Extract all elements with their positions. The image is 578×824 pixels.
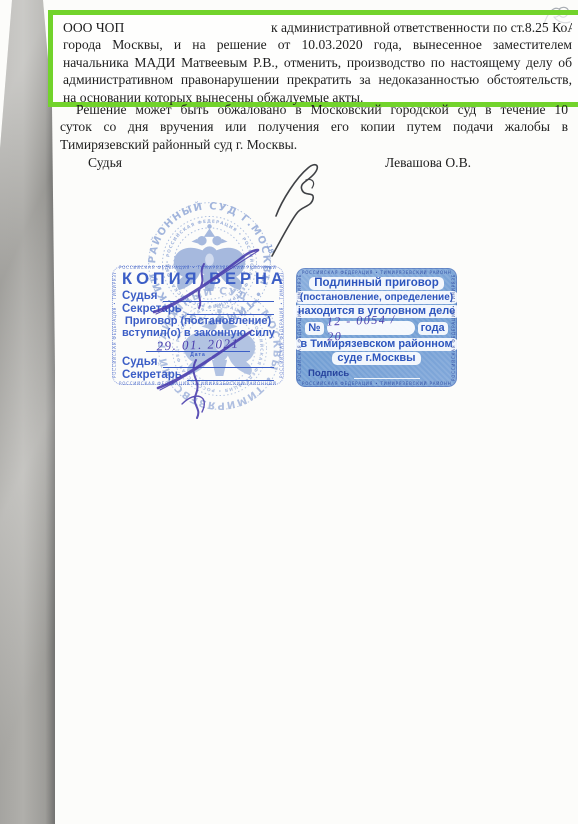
signature-row: Судья Левашова О.В. xyxy=(60,155,568,173)
copy-stamp-microtext-top: РОССИЙСКАЯ ФЕДЕРАЦИЯ • ТИМИРЯЗЕВСКИЙ РАЙ… xyxy=(119,265,277,270)
case-number-row: № 12 - 0054 / 20 года xyxy=(305,320,447,336)
case-number-suffix: года xyxy=(418,322,448,335)
signature-field-label: Подпись xyxy=(308,368,349,379)
orig-stamp-microtext-left: РОССИЙСКАЯ ФЕДЕРАЦИЯ • ТИМИРЯЗЕВСКИЙ РАЙ… xyxy=(297,274,302,381)
secretary-field-label: Секретарь xyxy=(122,303,182,315)
copy-stamp-microtext-bottom: РОССИЙСКАЯ ФЕДЕРАЦИЯ • ТИМИРЯЗЕВСКИЙ РАЙ… xyxy=(119,381,277,386)
judge-role-label: Судья xyxy=(88,155,122,171)
original-verdict-stamp: РОССИЙСКАЯ ФЕДЕРАЦИЯ • ТИМИРЯЗЕВСКИЙ РАЙ… xyxy=(296,268,457,387)
copy-stamp-midline-1: Приговор (постановление) xyxy=(122,315,274,327)
copy-stamp-secretary-row-2: Секретарь xyxy=(122,368,274,381)
ruling-line-1-text: к административной ответственности по ст… xyxy=(271,19,572,36)
orig-stamp-microtext-bottom: РОССИЙСКАЯ ФЕДЕРАЦИЯ • ТИМИРЯЗЕВСКИЙ РАЙ… xyxy=(302,381,451,386)
copy-stamp-judge-row-1: Судья xyxy=(122,289,274,302)
ruling-line-2: города Москвы, и на решение от 10.03.202… xyxy=(63,36,572,53)
judge-name: Левашова О.В. xyxy=(385,155,471,171)
secretary-signature-line xyxy=(187,303,274,315)
orig-stamp-line-2: (постановление, определение) xyxy=(295,291,458,304)
ruling-line-1: ООО ЧОП к административной ответственнос… xyxy=(63,19,572,36)
case-number-box: 12 - 0054 / 20 xyxy=(327,321,415,335)
judge-field-label: Судья xyxy=(122,290,158,302)
date-field-label: Дата xyxy=(122,352,274,358)
copy-stamp-title: КОПИЯ ВЕРНА xyxy=(122,270,274,289)
copy-stamp-date-row: 29. 01. 2021 Дата xyxy=(122,339,274,356)
secretary-signature-line xyxy=(187,369,274,381)
judge-signature-line xyxy=(163,290,275,302)
orig-stamp-microtext-right: РОССИЙСКАЯ ФЕДЕРАЦИЯ • ТИМИРЯЗЕВСКИЙ РАЙ… xyxy=(451,274,456,381)
orig-stamp-signature-row: Подпись xyxy=(308,368,420,379)
appeal-line-2: суток со дня вручения или получения его … xyxy=(60,118,568,135)
handwritten-case-number: 12 - 0054 / 20 xyxy=(326,311,415,344)
scanned-court-document: ООО ЧОП к административной ответственнос… xyxy=(0,0,578,824)
ruling-line-4: административном правонарушении прекрати… xyxy=(63,71,572,88)
copy-stamp-secretary-row-1: Секретарь xyxy=(122,302,274,315)
orig-stamp-microtext-top: РОССИЙСКАЯ ФЕДЕРАЦИЯ • ТИМИРЯЗЕВСКИЙ РАЙ… xyxy=(302,270,451,275)
secretary-field-label: Секретарь xyxy=(122,369,182,381)
orig-stamp-line-1: Подлинный приговор xyxy=(309,277,443,290)
copy-stamp-microtext-left: РОССИЙСКАЯ ФЕДЕРАЦИЯ • ТИМИРЯЗЕВСКИЙ РАЙ… xyxy=(112,273,117,378)
signature-line xyxy=(354,370,420,379)
appeal-line-1: Решение может быть обжаловано в Московск… xyxy=(60,101,568,118)
scan-edge-artifact xyxy=(0,0,58,824)
orig-stamp-line-5: суде г.Москвы xyxy=(332,352,420,365)
appeal-line-3: Тимирязевский районный суд г. Москвы. xyxy=(60,136,568,153)
company-name: ООО ЧОП xyxy=(63,19,271,36)
highlighted-ruling-paragraph: ООО ЧОП к административной ответственнос… xyxy=(48,10,578,107)
copy-stamp-microtext-right: РОССИЙСКАЯ ФЕДЕРАЦИЯ • ТИМИРЯЗЕВСКИЙ РАЙ… xyxy=(279,273,284,378)
case-number-prefix: № xyxy=(305,322,323,335)
appeal-paragraph: Решение может быть обжаловано в Московск… xyxy=(60,101,568,153)
ruling-line-3: начальника МАДИ Матвеевым Р.В., отменить… xyxy=(63,54,572,71)
copy-correct-stamp: РОССИЙСКАЯ ФЕДЕРАЦИЯ • ТИМИРЯЗЕВСКИЙ РАЙ… xyxy=(112,266,284,385)
